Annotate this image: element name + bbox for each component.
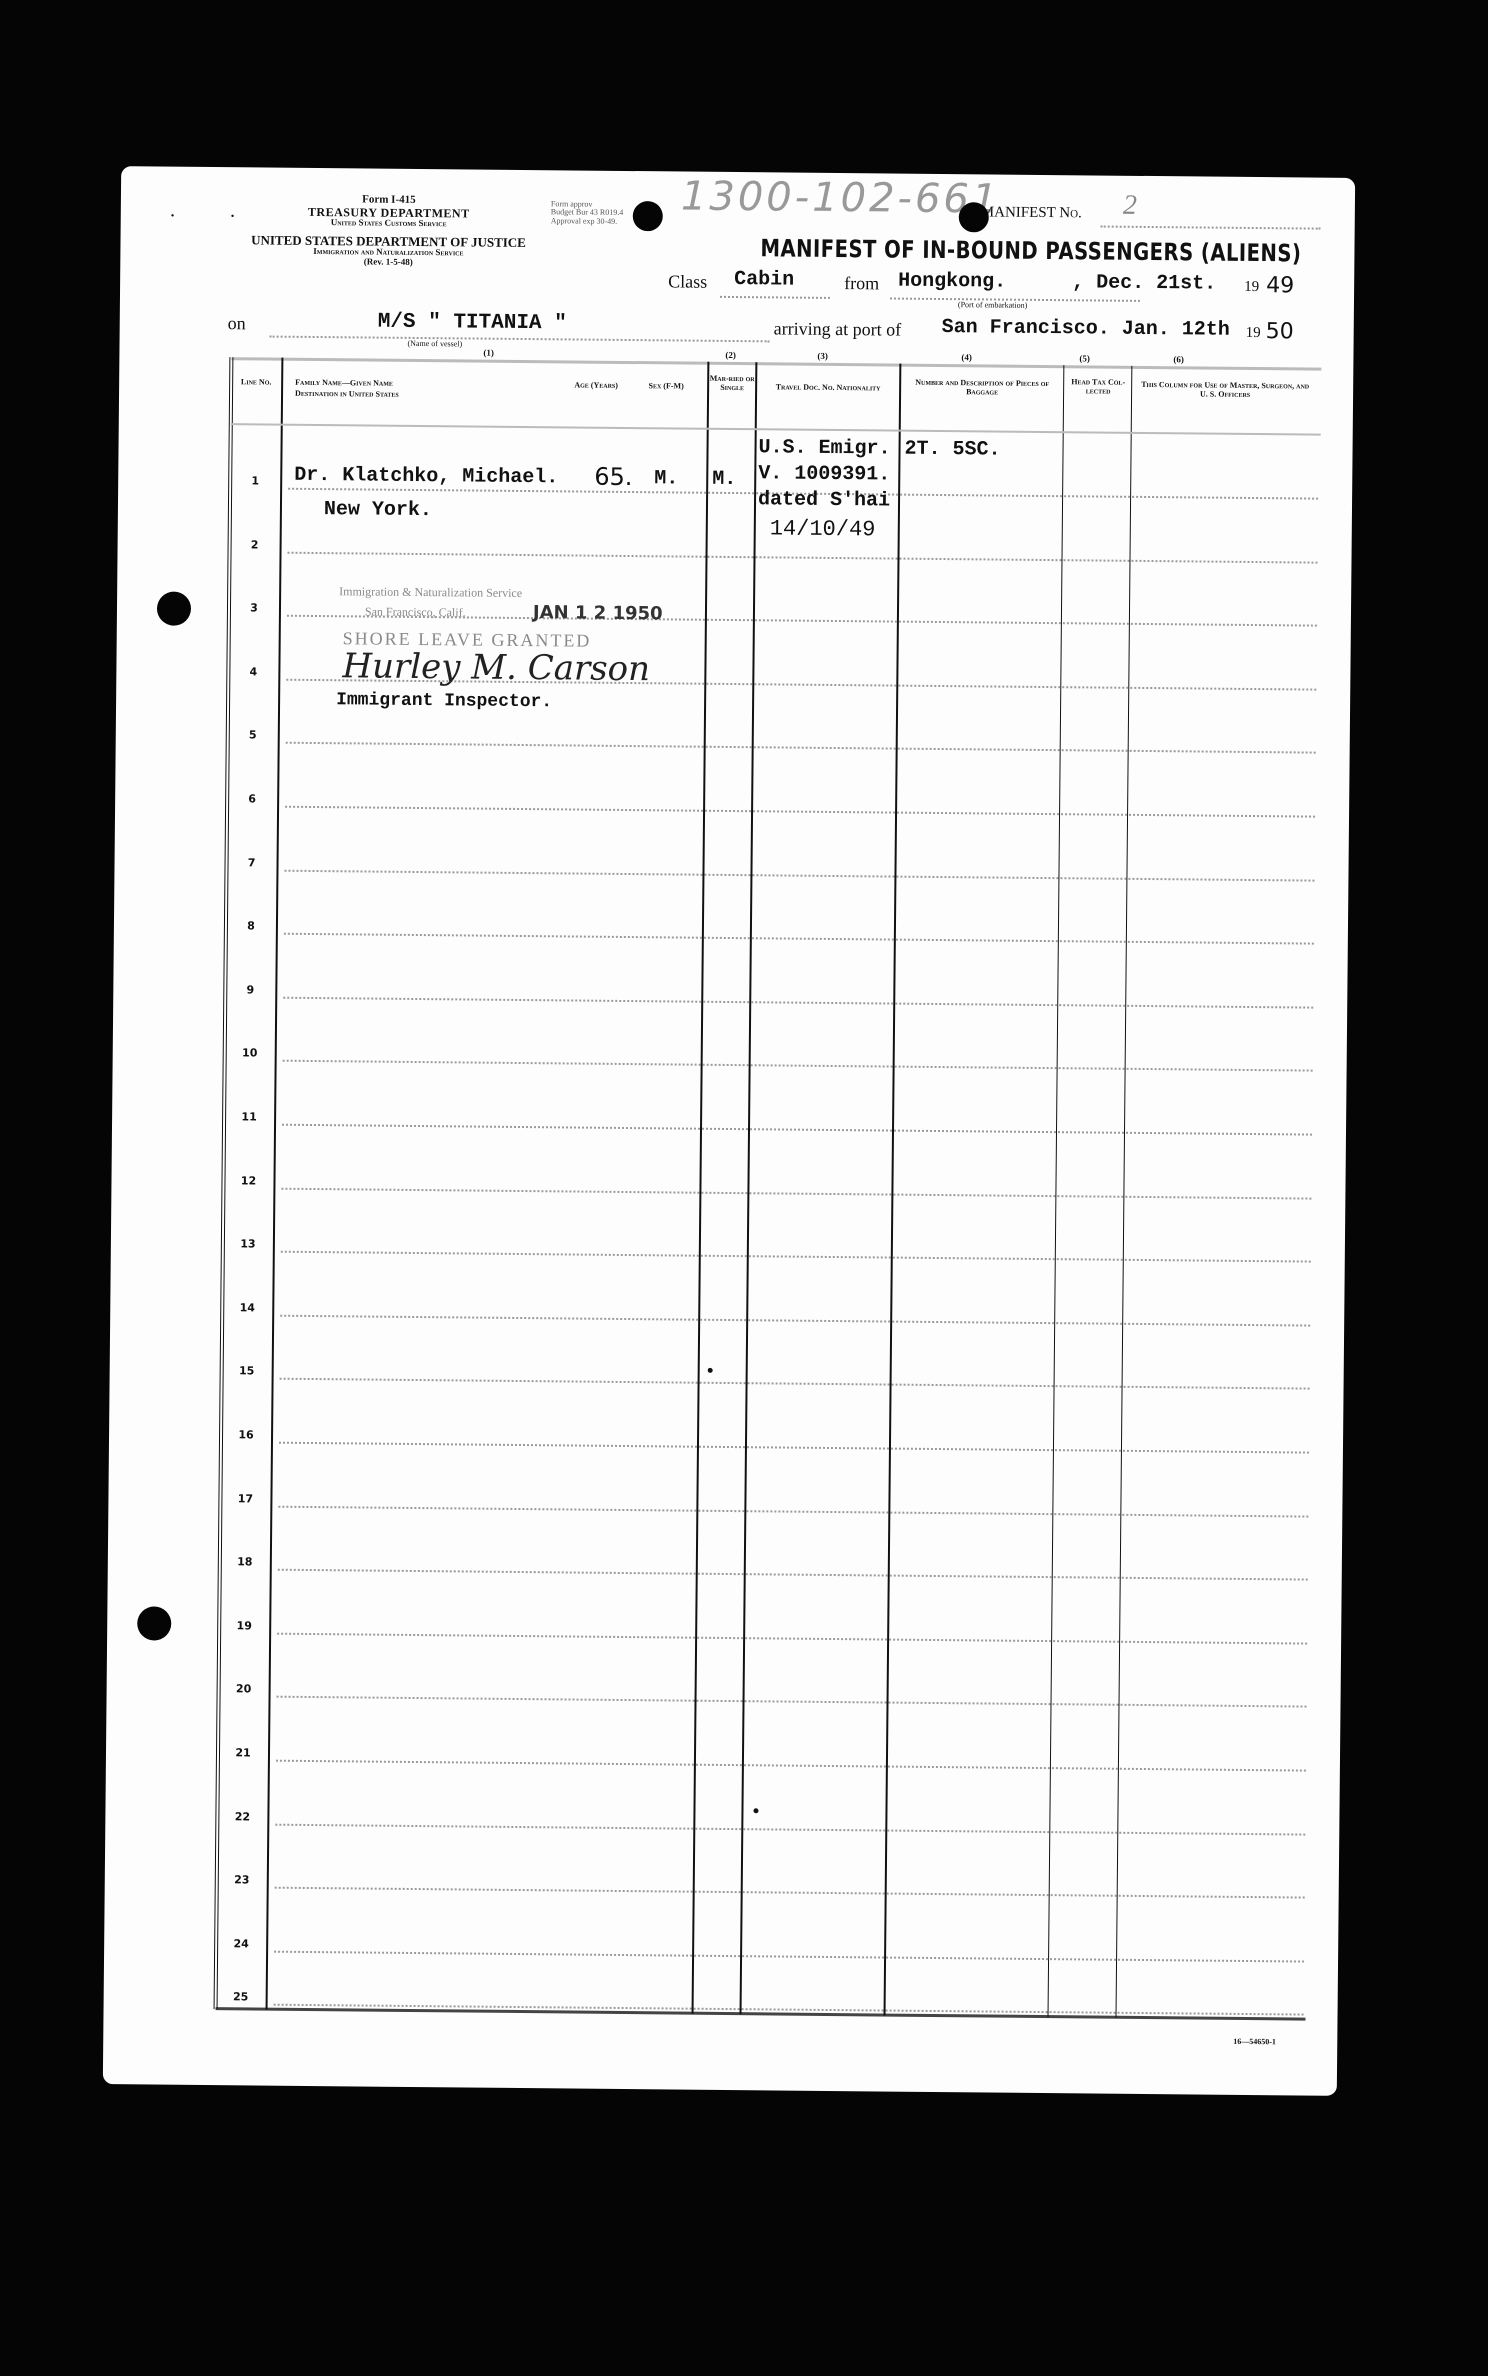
inspector-signature: Hurley M. Carson xyxy=(342,646,650,689)
column-number: (6) xyxy=(1173,354,1184,364)
column-number: (4) xyxy=(961,352,972,362)
column-number: (5) xyxy=(1079,353,1090,363)
column-number: (3) xyxy=(817,351,828,361)
table-row xyxy=(276,1760,1306,1772)
header-sex: Sex (F-M) xyxy=(641,381,691,391)
footer-code: 16—54650-1 xyxy=(1233,2037,1276,2046)
manifest-no-value: 2 xyxy=(1123,190,1137,222)
header-age: Age (Years) xyxy=(571,380,621,390)
table-row xyxy=(288,552,1318,564)
passenger-destination: New York. xyxy=(324,498,432,522)
table-row xyxy=(281,1188,1311,1200)
line-number: 4 xyxy=(238,665,268,678)
line-number: 5 xyxy=(238,728,268,741)
col-divider-married xyxy=(692,362,710,2014)
table-row xyxy=(275,1887,1305,1899)
margin-dot: • xyxy=(171,211,175,222)
col-divider-officers xyxy=(1116,366,1133,2018)
class-label: Class xyxy=(668,271,707,292)
table-row xyxy=(274,1951,1304,1963)
passenger-age: 65. xyxy=(594,463,632,491)
header-bottom-rule xyxy=(231,423,1321,435)
vessel-caption: (Name of vessel) xyxy=(408,339,463,349)
form-revision: (Rev. 1-5-48) xyxy=(238,256,538,268)
table-row xyxy=(284,870,1314,882)
line-number: 22 xyxy=(227,1810,257,1823)
line-number: 21 xyxy=(228,1746,258,1759)
col-divider-travel xyxy=(740,362,758,2014)
header-baggage: Number and Description of Pieces of Bagg… xyxy=(905,378,1059,398)
inspector-title: Immigrant Inspector. xyxy=(336,690,552,712)
punch-hole xyxy=(959,202,989,232)
line-number: 19 xyxy=(229,1619,259,1632)
table-row xyxy=(286,742,1316,754)
punch-hole xyxy=(157,591,191,625)
header-married: Mar-ried or Single xyxy=(709,374,755,393)
table-row xyxy=(283,1060,1313,1072)
table-row xyxy=(278,1506,1308,1518)
vessel-name: M/S " TITANIA " xyxy=(378,311,567,336)
arrival-year-suffix: 50 xyxy=(1266,319,1294,344)
vessel-line xyxy=(270,336,770,343)
header-line-no: Line No. xyxy=(231,377,281,387)
table-row xyxy=(279,1442,1309,1454)
table-row xyxy=(280,1315,1310,1327)
travel-doc-line: dated S'hai xyxy=(758,488,890,512)
stamp-location: San Francisco, Calif. xyxy=(365,604,466,620)
pencil-annotation: 1300-102-661 xyxy=(681,173,1001,222)
line-number: 6 xyxy=(237,792,267,805)
punch-hole xyxy=(137,1606,171,1640)
approval-line: Approval exp 30-49. xyxy=(551,217,624,226)
from-value: Hongkong. xyxy=(898,270,1006,294)
line-number: 3 xyxy=(239,601,269,614)
table-row xyxy=(280,1378,1310,1390)
table-row xyxy=(282,1124,1312,1136)
table-row xyxy=(283,997,1313,1009)
baggage-value: 2T. 5SC. xyxy=(904,438,1000,462)
departure-year-suffix: 49 xyxy=(1266,273,1294,298)
line-number: 8 xyxy=(236,919,266,932)
travel-doc-line: V. 1009391. xyxy=(758,462,890,486)
table-row xyxy=(281,1251,1311,1263)
document-title: MANIFEST OF IN-BOUND PASSENGERS (ALIENS) xyxy=(760,234,1301,267)
column-number: (2) xyxy=(725,350,736,360)
class-value: Cabin xyxy=(734,268,794,292)
line-number: 17 xyxy=(230,1492,260,1505)
line-number: 11 xyxy=(234,1110,264,1123)
travel-doc-line: 14/10/49 xyxy=(770,516,876,542)
passenger-name: Dr. Klatchko, Michael. xyxy=(294,464,558,490)
line-number: 16 xyxy=(231,1428,261,1441)
column-number: (1) xyxy=(483,348,494,358)
form-info-block: Form I-415 TREASURY DEPARTMENT United St… xyxy=(238,193,539,268)
manifest-no-line xyxy=(1101,226,1321,230)
class-line xyxy=(720,296,830,299)
port-caption: (Port of embarkation) xyxy=(958,300,1027,310)
table-row xyxy=(277,1633,1307,1645)
approval-block: Form approv Budget Bur 43 R019.4 Approva… xyxy=(551,200,624,226)
line-number: 13 xyxy=(233,1237,263,1250)
from-label: from xyxy=(844,273,879,294)
line-number: 14 xyxy=(232,1301,262,1314)
line-number: 23 xyxy=(227,1873,257,1886)
header-officers: This Column for Use of Master, Surgeon, … xyxy=(1139,380,1311,400)
customs-service: United States Customs Service xyxy=(239,217,539,229)
table-left-border xyxy=(214,357,234,2009)
table-row xyxy=(278,1569,1308,1581)
table-row xyxy=(277,1696,1307,1708)
stamp-agency: Immigration & Naturalization Service xyxy=(339,584,522,601)
stray-mark xyxy=(708,1368,713,1373)
punch-hole xyxy=(633,201,663,231)
stray-mark xyxy=(753,1808,758,1813)
departure-year-prefix: 19 xyxy=(1244,279,1259,296)
table-top-rule xyxy=(231,357,1321,370)
line-number: 10 xyxy=(235,1046,265,1059)
manifest-no-label: MANIFEST No. xyxy=(981,204,1082,222)
table-row xyxy=(275,1824,1305,1836)
col-divider-headtax xyxy=(1048,365,1065,2017)
on-label: on xyxy=(228,313,246,334)
passenger-married: M. xyxy=(712,468,736,491)
line-number: 9 xyxy=(235,983,265,996)
arrival-port-date: San Francisco. Jan. 12th xyxy=(942,316,1230,342)
col-divider-baggage xyxy=(884,364,902,2016)
line-number: 24 xyxy=(226,1937,256,1950)
line-number: 7 xyxy=(236,856,266,869)
line-number: 18 xyxy=(230,1555,260,1568)
manifest-paper: • • Form I-415 TREASURY DEPARTMENT Unite… xyxy=(103,166,1355,2096)
arriving-label: arriving at port of xyxy=(774,318,902,340)
line-number: 2 xyxy=(240,538,270,551)
header-travel-doc: Travel Doc. No. Nationality xyxy=(763,382,893,392)
table-row xyxy=(284,933,1314,945)
header-head-tax: Head Tax Col-lected xyxy=(1065,377,1131,396)
arrival-year-prefix: 19 xyxy=(1246,325,1261,342)
line-number: 20 xyxy=(229,1682,259,1695)
header-destination: Destination in United States xyxy=(295,389,399,399)
line-number: 15 xyxy=(232,1364,262,1377)
line-number: 25 xyxy=(226,1990,256,2003)
line-number: 1 xyxy=(240,474,270,487)
departure-date: , Dec. 21st. xyxy=(1072,271,1216,295)
travel-doc-line: U.S. Emigr. xyxy=(758,436,890,460)
margin-dot: • xyxy=(231,211,235,222)
table-row xyxy=(285,806,1315,818)
stamp-date: JAN 1 2 1950 xyxy=(533,602,663,624)
line-number: 12 xyxy=(233,1174,263,1187)
passenger-sex: M. xyxy=(654,467,678,490)
header-name: Family Name—Given Name xyxy=(295,378,393,388)
